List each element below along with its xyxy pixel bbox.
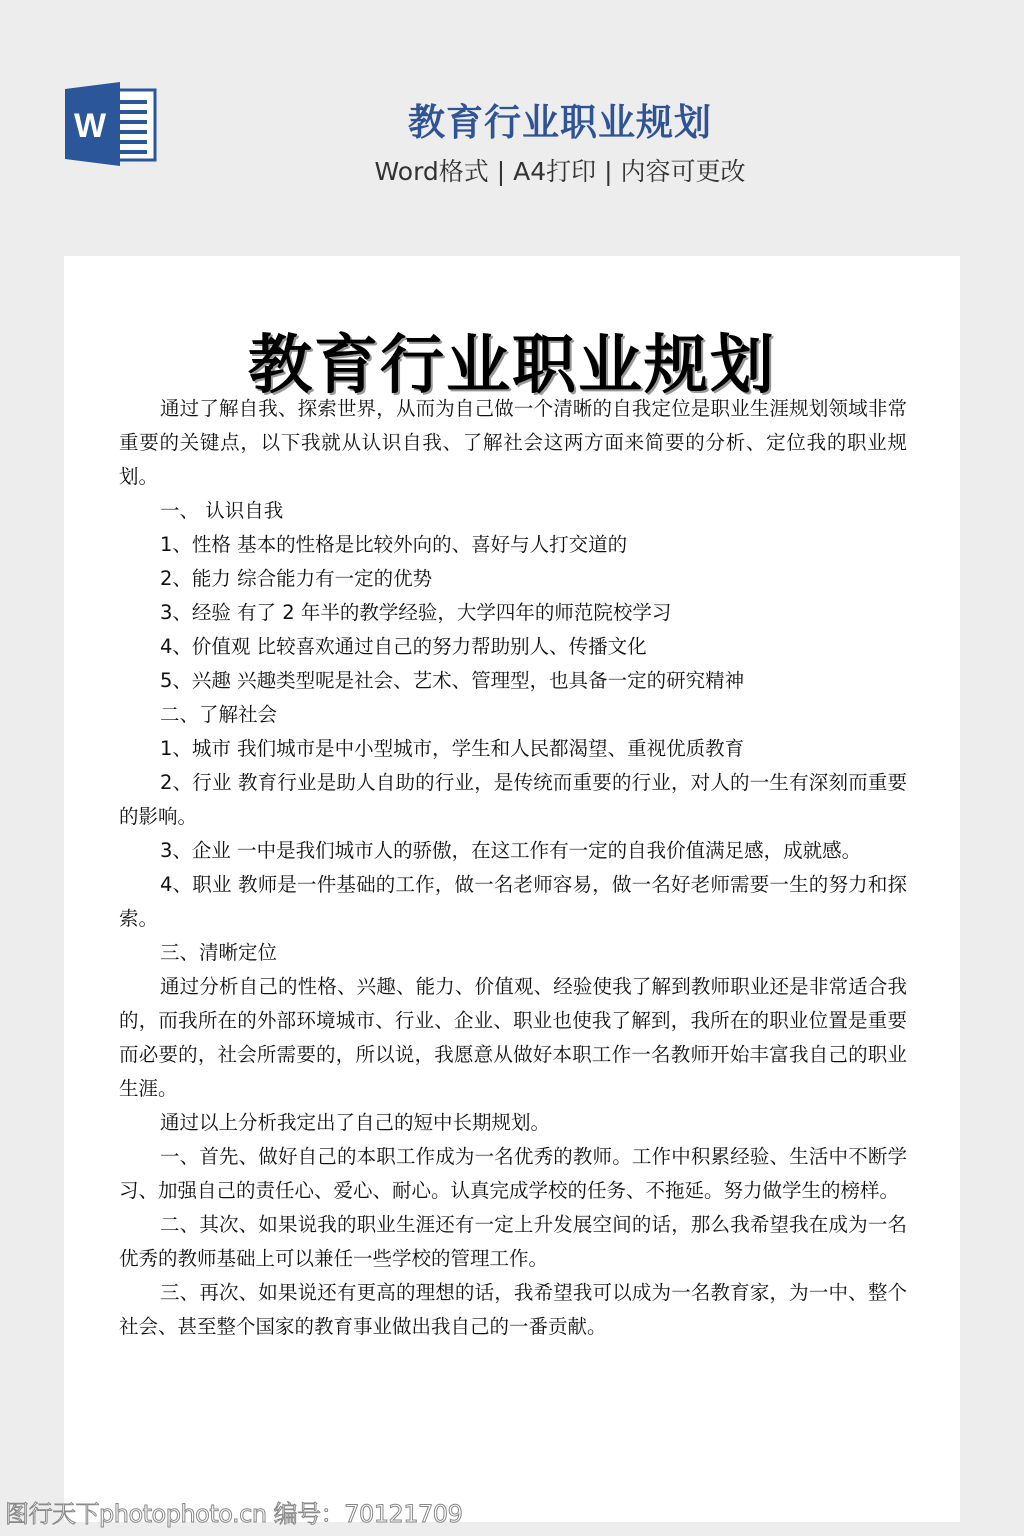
banner-header: W 教育行业职业规划 Word格式 | A4打印 | 内容可更改: [0, 0, 1024, 256]
paragraph-plan-long: 三、再次、如果说还有更高的理想的话，我希望我可以成为一名教育家，为一中、整个社会…: [119, 1276, 907, 1344]
word-document-icon: W: [65, 82, 157, 166]
list-item-city: 1、城市 我们城市是中小型城市，学生和人民都渴望、重视优质教育: [119, 732, 907, 766]
list-item-enterprise: 3、企业 一中是我们城市人的骄傲，在这工作有一定的自我价值满足感，成就感。: [119, 834, 907, 868]
word-icon-letter: W: [74, 107, 107, 145]
paragraph-plan-mid: 二、其次、如果说我的职业生涯还有一定上升发展空间的话，那么我希望我在成为一名优秀…: [119, 1208, 907, 1276]
paragraph-positioning: 通过分析自己的性格、兴趣、能力、价值观、经验使我了解到教师职业还是非常适合我的，…: [119, 970, 907, 1106]
banner-title: 教育行业职业规划: [330, 92, 790, 146]
list-item-values: 4、价值观 比较喜欢通过自己的努力帮助别人、传播文化: [119, 630, 907, 664]
watermark: 图行天下photophoto.cn 编号：70121709: [5, 1494, 462, 1529]
section-heading-know-society: 二、了解社会: [119, 698, 907, 732]
list-item-profession: 4、职业 教师是一件基础的工作，做一名老师容易，做一名好老师需要一生的努力和探索…: [119, 868, 907, 936]
section-heading-know-self: 一、 认识自我: [119, 494, 907, 528]
document-body: 通过了解自我、探索世界，从而为自己做一个清晰的自我定位是职业生涯规划领域非常重要…: [119, 392, 907, 1344]
banner-subtitle: Word格式 | A4打印 | 内容可更改: [330, 152, 790, 188]
paragraph-plan-short: 一、首先、做好自己的本职工作成为一名优秀的教师。工作中积累经验、生活中不断学习、…: [119, 1140, 907, 1208]
list-item-ability: 2、能力 综合能力有一定的优势: [119, 562, 907, 596]
document-page: 教育行业职业规划 通过了解自我、探索世界，从而为自己做一个清晰的自我定位是职业生…: [64, 256, 960, 1522]
list-item-personality: 1、性格 基本的性格是比较外向的、喜好与人打交道的: [119, 528, 907, 562]
list-item-industry: 2、行业 教育行业是助人自助的行业，是传统而重要的行业，对人的一生有深刻而重要的…: [119, 766, 907, 834]
paragraph-intro: 通过了解自我、探索世界，从而为自己做一个清晰的自我定位是职业生涯规划领域非常重要…: [119, 392, 907, 494]
section-heading-positioning: 三、清晰定位: [119, 936, 907, 970]
paragraph-plan-intro: 通过以上分析我定出了自己的短中长期规划。: [119, 1106, 907, 1140]
list-item-experience: 3、经验 有了 2 年半的教学经验，大学四年的师范院校学习: [119, 596, 907, 630]
list-item-interests: 5、兴趣 兴趣类型呢是社会、艺术、管理型，也具备一定的研究精神: [119, 664, 907, 698]
